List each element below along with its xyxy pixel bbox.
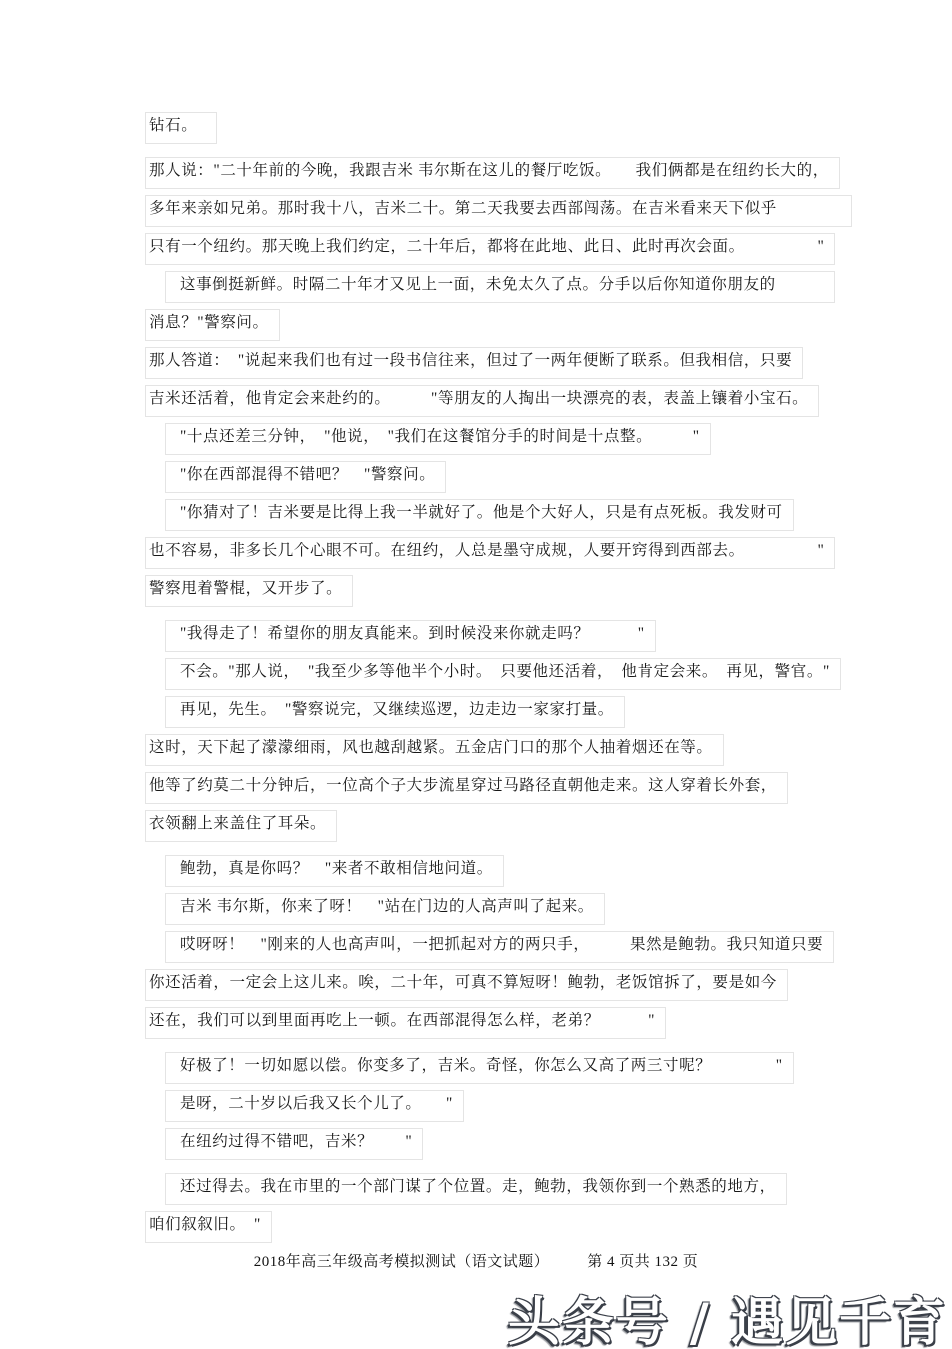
text-line-row: 鲍勃，真是你吗？ "来者不敢相信地问道。	[145, 855, 932, 893]
text-line: 那人答道： "说起来我们也有过一段书信往来，但过了一两年便断了联系。但我相信，只…	[145, 347, 803, 379]
text-line-row: 他等了约莫二十分钟后，一位高个子大步流星穿过马路径直朝他走来。这人穿着长外套，	[145, 772, 932, 810]
document-page: 钻石。 那人说："二十年前的今晚，我跟吉米 韦尔斯在这儿的餐厅吃饭。 我们俩都是…	[0, 0, 952, 1349]
text-line: 吉米还活着，他肯定会来赴约的。 "等朋友的人掏出一块漂亮的表，表盖上镶着小宝石。	[145, 385, 819, 417]
text-line: 多年来亲如兄弟。那时我十八，吉米二十。第二天我要去西部闯荡。在吉米看来天下似乎	[145, 195, 852, 227]
watermark: 头条号 / 遇见千育	[508, 1297, 947, 1349]
text-line: "你猜对了！吉米要是比得上我一半就好了。他是个大好人，只是有点死板。我发财可	[165, 499, 794, 531]
text-line: 衣领翻上来盖住了耳朵。	[145, 810, 337, 842]
text-line-row: 吉米 韦尔斯，你来了呀！ "站在门边的人高声叫了起来。	[145, 893, 932, 931]
text-line-row: 那人说："二十年前的今晚，我跟吉米 韦尔斯在这儿的餐厅吃饭。 我们俩都是在纽约长…	[145, 157, 932, 195]
text-line: 也不容易，非多长几个心眼不可。在纽约，人总是墨守成规，人要开窍得到西部去。 "	[145, 537, 835, 569]
text-line-row: 还在，我们可以到里面再吃上一顿。在西部混得怎么样，老弟？ "	[145, 1007, 932, 1045]
text-line-row: 这时，天下起了濛濛细雨，风也越刮越紧。五金店门口的那个人抽着烟还在等。	[145, 734, 932, 772]
text-line: 那人说："二十年前的今晚，我跟吉米 韦尔斯在这儿的餐厅吃饭。 我们俩都是在纽约长…	[145, 157, 840, 189]
text-line-row: 是呀，二十岁以后我又长个儿了。 "	[145, 1090, 932, 1128]
text-line: "十点还差三分钟， "他说， "我们在这餐馆分手的时间是十点整。 "	[165, 423, 711, 455]
text-line-row: 也不容易，非多长几个心眼不可。在纽约，人总是墨守成规，人要开窍得到西部去。 "	[145, 537, 932, 575]
text-line-row: 衣领翻上来盖住了耳朵。	[145, 810, 932, 848]
text-line: 只有一个纽约。那天晚上我们约定，二十年后，都将在此地、此日、此时再次会面。 "	[145, 233, 835, 265]
text-line: 再见，先生。 "警察说完，又继续巡逻，边走边一家家打量。	[165, 696, 625, 728]
text-line: 吉米 韦尔斯，你来了呀！ "站在门边的人高声叫了起来。	[165, 893, 605, 925]
text-line: 他等了约莫二十分钟后，一位高个子大步流星穿过马路径直朝他走来。这人穿着长外套，	[145, 772, 788, 804]
text-line: 鲍勃，真是你吗？ "来者不敢相信地问道。	[165, 855, 504, 887]
text-line: 好极了！一切如愿以偿。你变多了，吉米。奇怪，你怎么又高了两三寸呢？ "	[165, 1052, 794, 1084]
text-line-row: 只有一个纽约。那天晚上我们约定，二十年后，都将在此地、此日、此时再次会面。 "	[145, 233, 932, 271]
text-line: 警察甩着警棍，又开步了。	[145, 575, 353, 607]
text-line: 还在，我们可以到里面再吃上一顿。在西部混得怎么样，老弟？ "	[145, 1007, 666, 1039]
text-line-row: "你在西部混得不错吧？ "警察问。	[145, 461, 932, 499]
text-line: 你还活着，一定会上这儿来。唉，二十年，可真不算短呀！鲍勃，老饭馆拆了，要是如今	[145, 969, 788, 1001]
text-line-row: "我得走了！希望你的朋友真能来。到时候没来你就走吗？ "	[145, 620, 932, 658]
footer-exam-title: 2018年高三年级高考模拟测试（语文试题）	[254, 1250, 550, 1271]
text-line: 消息？"警察问。	[145, 309, 280, 341]
text-line-row: 在纽约过得不错吧，吉米？ "	[145, 1128, 932, 1166]
text-line: 不会。"那人说， "我至少多等他半个小时。 只要他还活着， 他肯定会来。 再见，…	[165, 658, 841, 690]
text-line-row: 还过得去。我在市里的一个部门谋了个位置。走，鲍勃，我领你到一个熟悉的地方，	[145, 1173, 932, 1211]
text-line-row: 那人答道： "说起来我们也有过一段书信往来，但过了一两年便断了联系。但我相信，只…	[145, 347, 932, 385]
text-line-row: 哎呀呀！ "刚来的人也高声叫，一把抓起对方的两只手， 果然是鲍勃。我只知道只要	[145, 931, 932, 969]
text-line: 还过得去。我在市里的一个部门谋了个位置。走，鲍勃，我领你到一个熟悉的地方，	[165, 1173, 787, 1205]
document-body: 钻石。 那人说："二十年前的今晚，我跟吉米 韦尔斯在这儿的餐厅吃饭。 我们俩都是…	[145, 112, 932, 1249]
text-line-row: 好极了！一切如愿以偿。你变多了，吉米。奇怪，你怎么又高了两三寸呢？ "	[145, 1052, 932, 1090]
text-line-row: "十点还差三分钟， "他说， "我们在这餐馆分手的时间是十点整。 "	[145, 423, 932, 461]
text-line-row: 你还活着，一定会上这儿来。唉，二十年，可真不算短呀！鲍勃，老饭馆拆了，要是如今	[145, 969, 932, 1007]
text-line-row: 这事倒挺新鲜。时隔二十年才又见上一面，未免太久了点。分手以后你知道你朋友的	[145, 271, 932, 309]
text-line-row: 多年来亲如兄弟。那时我十八，吉米二十。第二天我要去西部闯荡。在吉米看来天下似乎	[145, 195, 932, 233]
text-line: 哎呀呀！ "刚来的人也高声叫，一把抓起对方的两只手， 果然是鲍勃。我只知道只要	[165, 931, 834, 963]
text-line: 是呀，二十岁以后我又长个儿了。 "	[165, 1090, 464, 1122]
text-line-row: 吉米还活着，他肯定会来赴约的。 "等朋友的人掏出一块漂亮的表，表盖上镶着小宝石。	[145, 385, 932, 423]
text-line: 这时，天下起了濛濛细雨，风也越刮越紧。五金店门口的那个人抽着烟还在等。	[145, 734, 724, 766]
text-line-row: 再见，先生。 "警察说完，又继续巡逻，边走边一家家打量。	[145, 696, 932, 734]
text-line-row: 不会。"那人说， "我至少多等他半个小时。 只要他还活着， 他肯定会来。 再见，…	[145, 658, 932, 696]
text-line: 这事倒挺新鲜。时隔二十年才又见上一面，未免太久了点。分手以后你知道你朋友的	[165, 271, 835, 303]
text-line-row: 警察甩着警棍，又开步了。	[145, 575, 932, 613]
text-line-row: 钻石。	[145, 112, 932, 150]
text-line: 钻石。	[145, 112, 217, 144]
text-line: "你在西部混得不错吧？ "警察问。	[165, 461, 446, 493]
text-line-row: "你猜对了！吉米要是比得上我一半就好了。他是个大好人，只是有点死板。我发财可	[145, 499, 932, 537]
text-line-row: 咱们叙叙旧。 "	[145, 1211, 932, 1249]
text-lines: 钻石。 那人说："二十年前的今晚，我跟吉米 韦尔斯在这儿的餐厅吃饭。 我们俩都是…	[145, 112, 932, 1249]
text-line: "我得走了！希望你的朋友真能来。到时候没来你就走吗？ "	[165, 620, 656, 652]
text-line: 在纽约过得不错吧，吉米？ "	[165, 1128, 423, 1160]
text-line-row: 消息？"警察问。	[145, 309, 932, 347]
page-footer: 2018年高三年级高考模拟测试（语文试题） 第 4 页共 132 页	[0, 1250, 952, 1271]
footer-page-number: 第 4 页共 132 页	[587, 1250, 698, 1271]
text-line: 咱们叙叙旧。 "	[145, 1211, 272, 1243]
